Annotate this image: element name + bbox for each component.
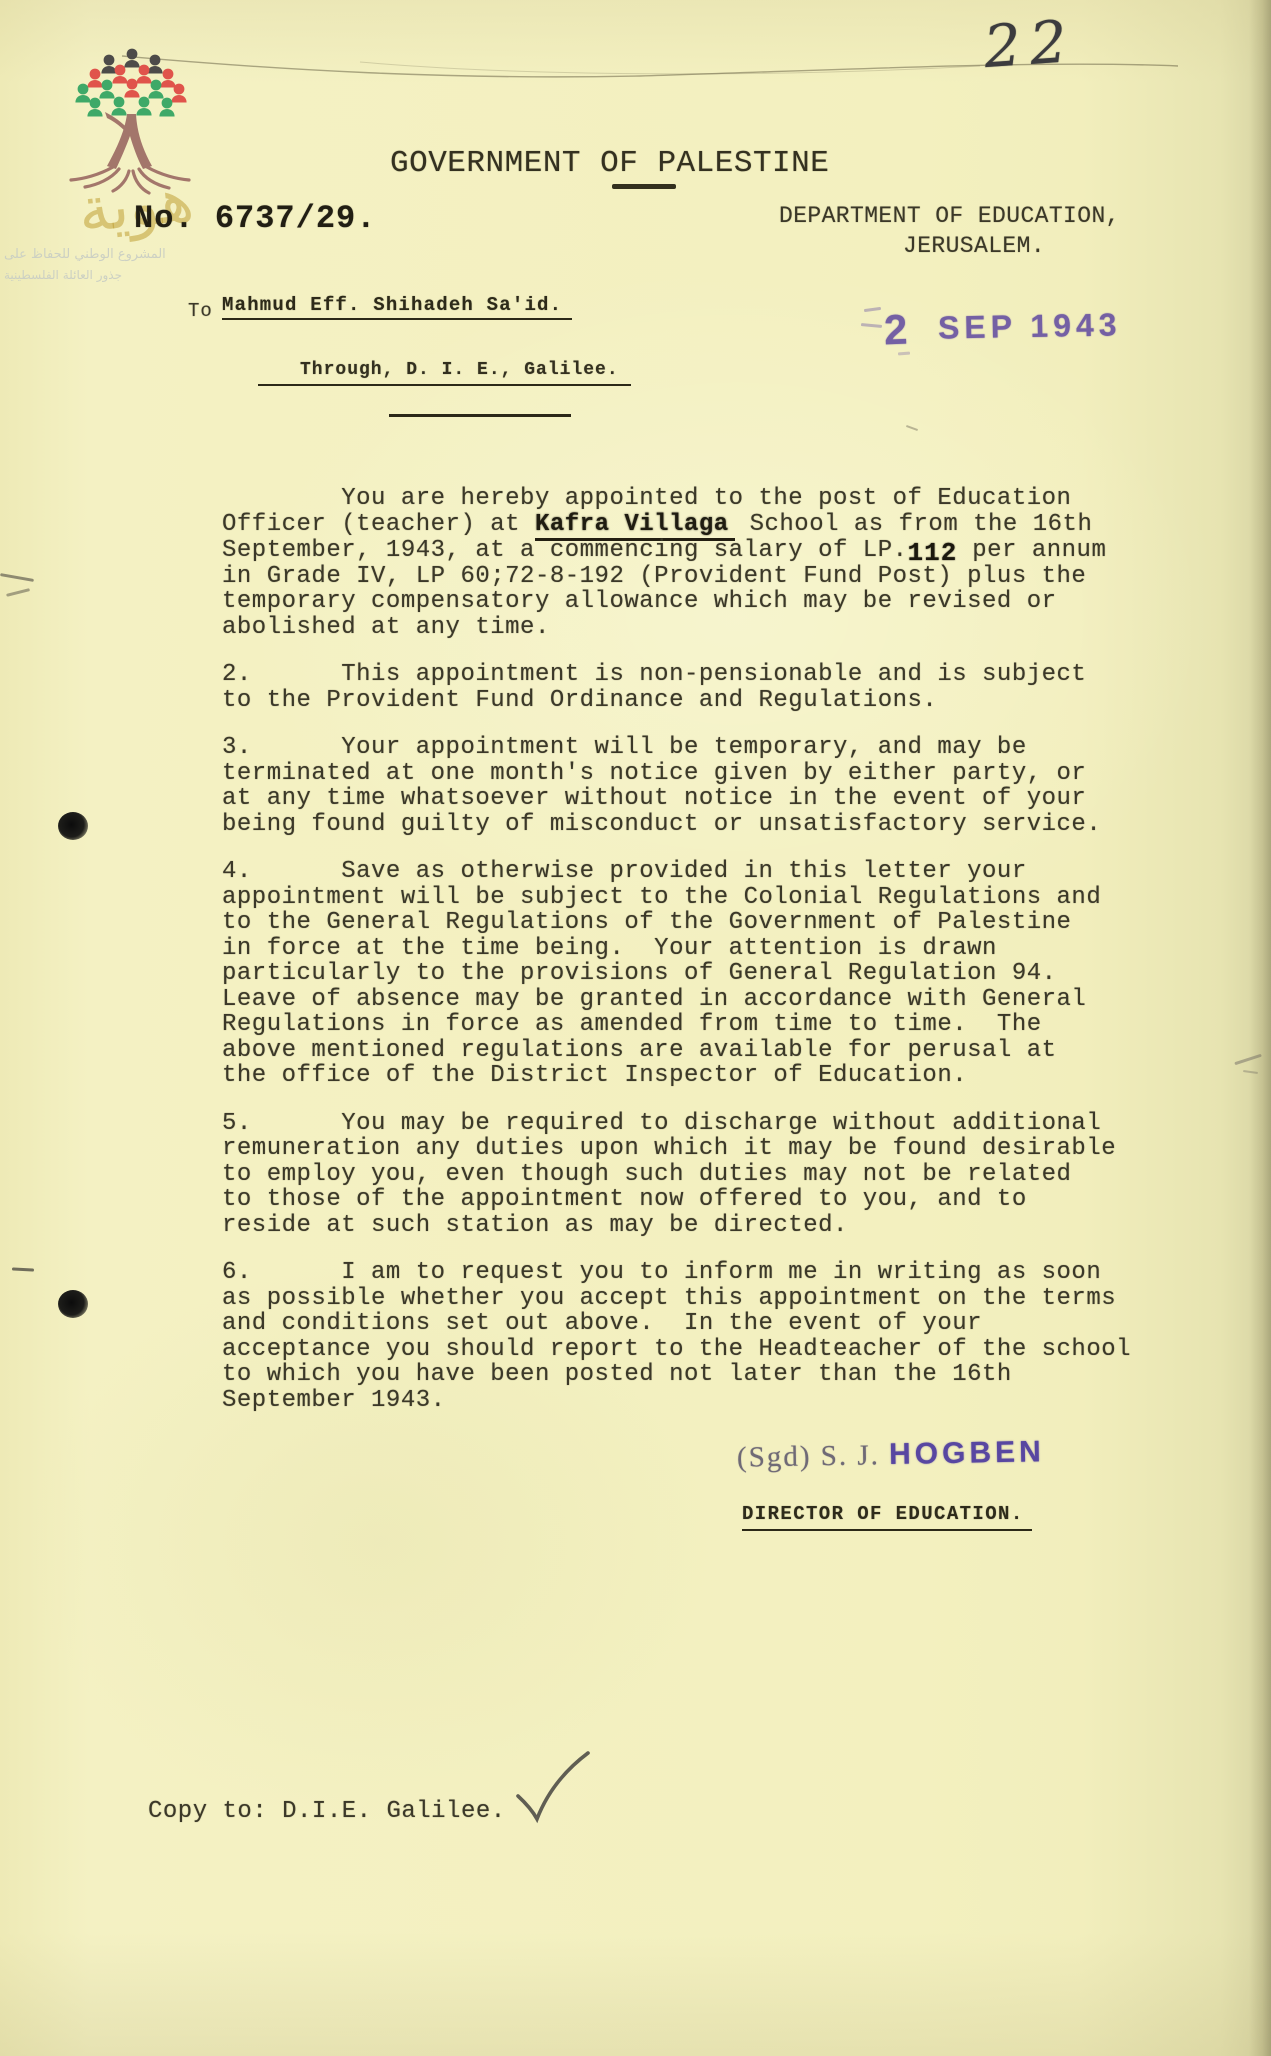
watermark-org-line2: جذور العائلة الفلسطينية [4,268,122,282]
through-line: Through, D. I. E., Galilee. [258,360,631,386]
punch-hole-bottom [58,1290,88,1318]
paragraph-6: 6. I am to request you to inform me in w… [222,1260,1182,1413]
stamp-day: 2 [883,306,908,355]
paragraph-5: 5. You may be required to discharge with… [222,1111,1182,1239]
paragraph-4: 4. Save as otherwise provided in this le… [222,859,1182,1089]
margin-mark-left-1 [0,573,34,582]
copy-to-line: Copy to: D.I.E. Galilee. [148,1798,506,1825]
stamp-month-year: SEP 1943 [938,306,1122,346]
department-name: DEPARTMENT OF EDUCATION, [779,203,1120,229]
stamp-smudge-1 [864,307,881,312]
reference-number: No. 6737/29. [134,200,376,237]
para1-line3-pre: September, 1943, at a commencing salary … [222,537,908,564]
recipient-name: Mahmud Eff. Shihadeh Sa'id. [222,294,572,320]
signatory-name-stamp: HOGBEN [889,1435,1045,1471]
para1-line1: You are hereby appointed to the post of … [222,486,1182,512]
stamp-smudge-2 [861,323,882,328]
punch-hole-top [58,812,88,840]
margin-mark-left-2 [6,588,30,596]
margin-mark-right-1 [1234,1054,1261,1065]
pencil-scratch-mark [906,425,918,431]
header-underline [612,184,676,189]
letter-body: You are hereby appointed to the post of … [222,486,1182,1435]
government-header: GOVERNMENT OF PALESTINE [390,146,829,181]
para1-rest: in Grade IV, LP 60;72-8-192 (Provident F… [222,564,1182,641]
para1-line2-post: School as from the 16th [735,511,1093,538]
para1-line3: September, 1943, at a commencing salary … [222,537,1182,564]
checkmark-icon [512,1748,596,1830]
para1-line3-post: per annum [957,537,1106,564]
paragraph-1: You are hereby appointed to the post of … [222,486,1182,640]
director-title: DIRECTOR OF EDUCATION. [742,1503,1032,1531]
paragraph-3: 3. Your appointment will be temporary, a… [222,735,1182,837]
handwritten-page-number: 22 [982,7,1078,81]
salary-amount: 112 [908,538,958,568]
paragraph-2: 2. This appointment is non-pensionable a… [222,662,1182,713]
watermark-org-line1: المشروع الوطني للحفاظ على [4,247,166,262]
department-city: JERUSALEM. [903,233,1045,259]
blank-subject-rule [389,414,571,417]
signed-abbrev: (Sgd) S. J. [737,1439,890,1474]
school-name: Kafra Villaga [535,511,735,541]
scanned-letter-page: هوية المشروع الوطني للحفاظ على جذور العا… [0,0,1271,2056]
para1-line2: Officer (teacher) at Kafra Villaga Schoo… [222,512,1182,538]
para1-line2-pre: Officer (teacher) at [222,511,535,538]
signature-line: (Sgd) S. J. HOGBEN [737,1435,1045,1474]
margin-mark-left-3 [12,1267,34,1271]
to-label: To [188,300,213,322]
stamp-smudge-3 [898,352,910,356]
margin-mark-right-2 [1243,1070,1258,1074]
